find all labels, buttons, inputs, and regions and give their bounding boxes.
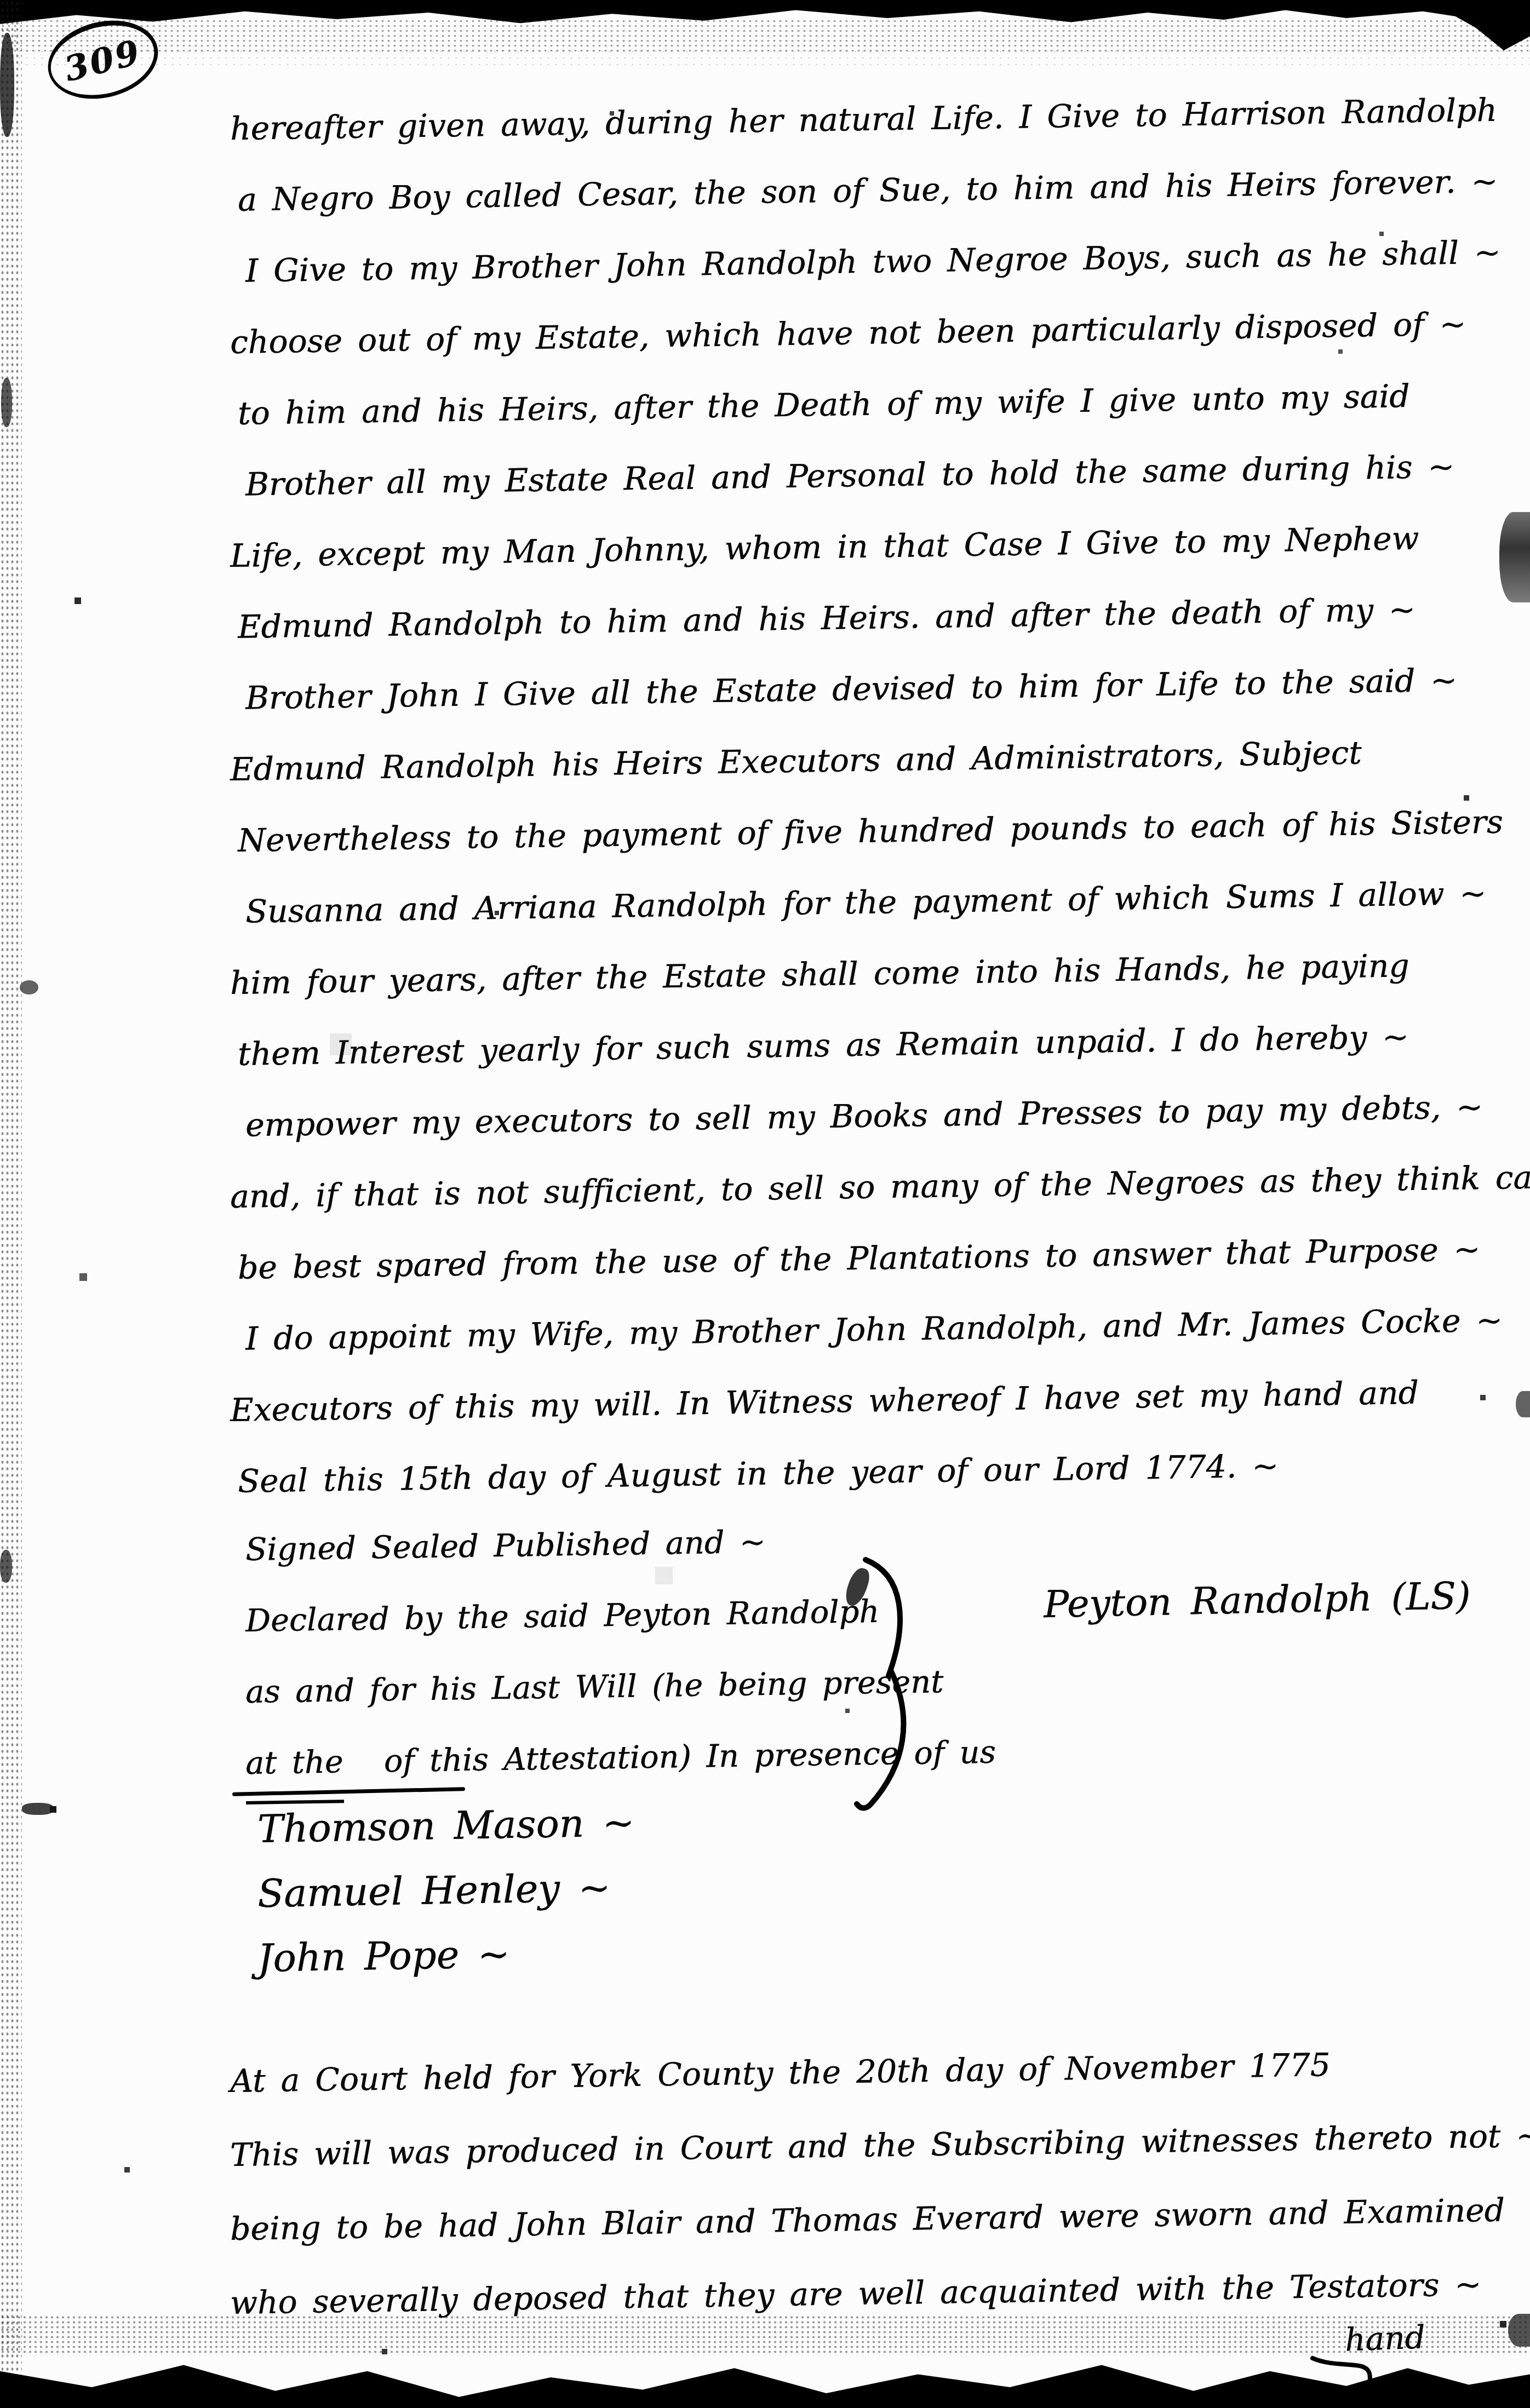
page-number: 309 bbox=[60, 32, 145, 89]
catchword-flourish-icon bbox=[1308, 2353, 1390, 2407]
scan-smudge-right bbox=[1499, 512, 1530, 602]
testator-signature: Peyton Randolph (LS) bbox=[1043, 1561, 1471, 1641]
witness-signature: Thomson Mason ~ bbox=[257, 1790, 635, 1861]
scan-specks bbox=[0, 0, 2, 2]
scan-left-blot bbox=[20, 980, 38, 995]
scan-left-blot bbox=[0, 33, 14, 137]
witness-signature: Samuel Henley ~ bbox=[257, 1855, 635, 1926]
scan-left-blot bbox=[22, 1803, 54, 1815]
witness-signatures: Thomson Mason ~ Samuel Henley ~ John Pop… bbox=[257, 1797, 635, 1991]
attestation-clause: Signed Sealed Published and ~ Declared b… bbox=[245, 1514, 1100, 1799]
attestation-line: as and for his Last Will (he being prese… bbox=[245, 1644, 1101, 1728]
attestation-line: at theof this Attestation) In presence o… bbox=[245, 1715, 1101, 1799]
probate-record: At a Court held for York County the 20th… bbox=[230, 2044, 1495, 2340]
scan-edge-left bbox=[0, 0, 22, 2408]
will-body-text: hereafter given away, during her natural… bbox=[230, 93, 1495, 1517]
scan-left-blot bbox=[1, 378, 12, 427]
witness-signature: John Pope ~ bbox=[257, 1919, 635, 1991]
attestation-line: Signed Sealed Published and ~ bbox=[245, 1502, 1101, 1585]
scan-smudge-right bbox=[1516, 1391, 1530, 1417]
scan-edge-top-noise-fade bbox=[0, 48, 1530, 70]
scanned-will-page: 309 hereafter given away, during her nat… bbox=[0, 0, 1530, 2408]
attestation-line: Declared by the said Peyton Randolph bbox=[245, 1573, 1101, 1657]
scan-left-blot bbox=[0, 1550, 12, 1583]
